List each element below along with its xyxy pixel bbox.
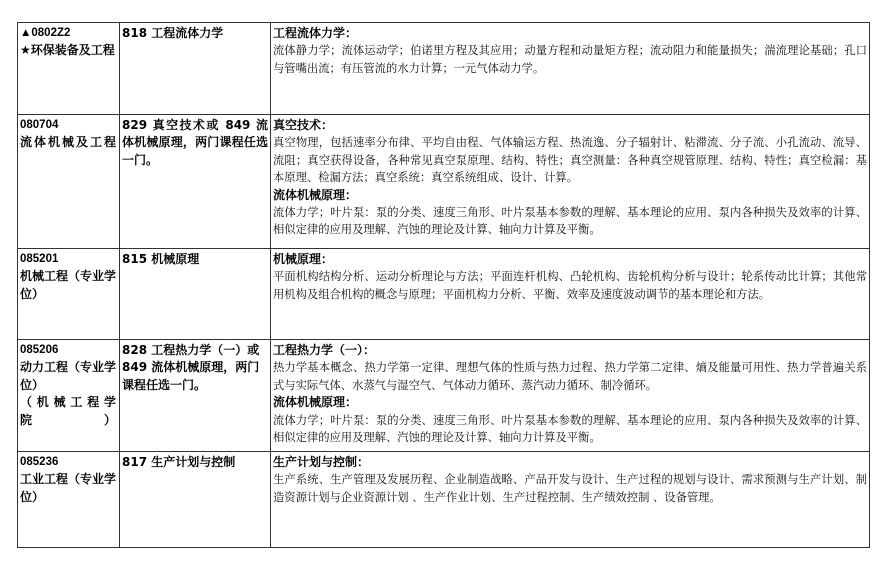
major-name: 机械工程（专业学位） (20, 268, 117, 303)
subject-title: 工程流体力学： (273, 25, 867, 42)
exam-subject-cell: 828 工程热力学（一）或 849 流体机械原理，两门课程任选一门。 (120, 340, 271, 452)
syllabus-cell: 生产计划与控制： 生产系统、生产管理及发展历程、企业制造战略、产品开发与设计、生… (271, 452, 870, 548)
subject-title: 真空技术： (273, 117, 867, 134)
exam-subject: 817 生产计划与控制 (122, 454, 268, 471)
major-cell: 085201 机械工程（专业学位） (18, 249, 120, 340)
subject-content: 真空物理，包括速率分布律、平均自由程、气体输运方程、热流逸、分子辐射计、粘滞流、… (273, 134, 867, 186)
major-code: ▲0802Z2 (20, 25, 117, 42)
exam-subject: 818 工程流体力学 (122, 25, 268, 42)
subject-content: 生产系统、生产管理及发展历程、企业制造战略、产品开发与设计、生产过程的规划与设计… (273, 471, 867, 506)
major-code: 085201 (20, 251, 117, 268)
subject-title: 生产计划与控制： (273, 454, 867, 471)
subject-content: 热力学基本概念、热力学第一定律、理想气体的性质与热力过程、热力学第二定律、熵及能… (273, 359, 867, 394)
table-row: 085206 动力工程（专业学位） （机械工程学院） 828 工程热力学（一）或… (18, 340, 870, 452)
subject-content: 平面机构结构分析、运动分析理论与方法；平面连杆机构、凸轮机构、齿轮机构分析与设计… (273, 268, 867, 303)
major-note: （机械工程学院） (20, 394, 117, 429)
exam-subject: 828 工程热力学（一）或 849 流体机械原理，两门课程任选一门。 (122, 342, 268, 394)
table-row: ▲0802Z2 ★环保装备及工程 818 工程流体力学 工程流体力学： 流体静力… (18, 23, 870, 115)
major-name: ★环保装备及工程 (20, 42, 117, 59)
syllabus-cell: 工程流体力学： 流体静力学；流体运动学；伯诺里方程及其应用；动量方程和动量矩方程… (271, 23, 870, 115)
exam-subject-cell: 829 真空技术或 849 流体机械原理，两门课程任选一门。 (120, 115, 271, 249)
exam-syllabus-table: ▲0802Z2 ★环保装备及工程 818 工程流体力学 工程流体力学： 流体静力… (17, 22, 870, 548)
subject-title: 流体机械原理： (273, 394, 867, 411)
exam-subject-cell: 815 机械原理 (120, 249, 271, 340)
major-cell: 085206 动力工程（专业学位） （机械工程学院） (18, 340, 120, 452)
major-name: 动力工程（专业学位） (20, 359, 117, 394)
major-code: 085236 (20, 454, 117, 471)
major-cell: ▲0802Z2 ★环保装备及工程 (18, 23, 120, 115)
subject-title: 流体机械原理： (273, 187, 867, 204)
subject-title: 工程热力学（一）： (273, 342, 867, 359)
exam-subject-cell: 817 生产计划与控制 (120, 452, 271, 548)
exam-subject-cell: 818 工程流体力学 (120, 23, 271, 115)
subject-content: 流体力学；叶片泵：泵的分类、速度三角形、叶片泵基本参数的理解、基本理论的应用、泵… (273, 412, 867, 447)
table-row: 085236 工业工程（专业学位） 817 生产计划与控制 生产计划与控制： 生… (18, 452, 870, 548)
table-row: 085201 机械工程（专业学位） 815 机械原理 机械原理： 平面机构结构分… (18, 249, 870, 340)
major-name: 流体机械及工程 (20, 134, 117, 151)
major-cell: 080704 流体机械及工程 (18, 115, 120, 249)
exam-subject: 829 真空技术或 849 流体机械原理，两门课程任选一门。 (122, 117, 268, 169)
subject-content: 流体静力学；流体运动学；伯诺里方程及其应用；动量方程和动量矩方程；流动阻力和能量… (273, 42, 867, 77)
exam-subject: 815 机械原理 (122, 251, 268, 268)
major-code: 080704 (20, 117, 117, 134)
table-row: 080704 流体机械及工程 829 真空技术或 849 流体机械原理，两门课程… (18, 115, 870, 249)
subject-content: 流体力学；叶片泵：泵的分类、速度三角形、叶片泵基本参数的理解、基本理论的应用、泵… (273, 204, 867, 239)
major-cell: 085236 工业工程（专业学位） (18, 452, 120, 548)
syllabus-cell: 工程热力学（一）： 热力学基本概念、热力学第一定律、理想气体的性质与热力过程、热… (271, 340, 870, 452)
syllabus-cell: 真空技术： 真空物理，包括速率分布律、平均自由程、气体输运方程、热流逸、分子辐射… (271, 115, 870, 249)
subject-title: 机械原理： (273, 251, 867, 268)
major-code: 085206 (20, 342, 117, 359)
major-name: 工业工程（专业学位） (20, 471, 117, 506)
syllabus-cell: 机械原理： 平面机构结构分析、运动分析理论与方法；平面连杆机构、凸轮机构、齿轮机… (271, 249, 870, 340)
